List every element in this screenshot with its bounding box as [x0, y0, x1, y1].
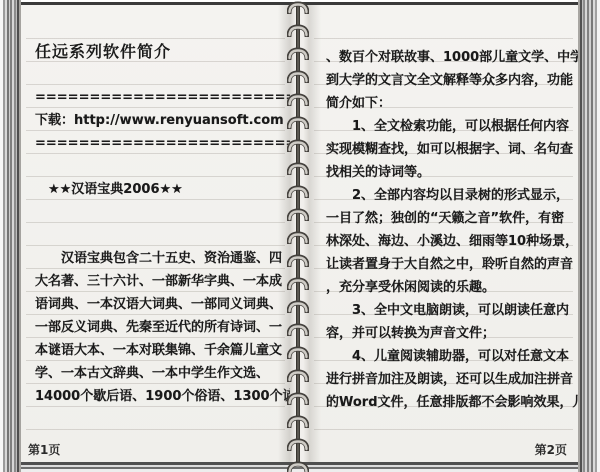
binding-ring-icon — [287, 47, 309, 60]
text-line: ============================== — [35, 86, 284, 109]
binding-ring-icon — [287, 369, 309, 382]
text-line: ============================== — [35, 132, 284, 155]
text-line: 语词典、一本汉语大词典、一部同义词典、 — [35, 293, 284, 316]
binding-ring-icon — [287, 24, 309, 37]
text-line: 实现模糊查找，如可以根据字、词、名句查 — [326, 138, 572, 161]
text-line — [35, 224, 284, 247]
page-number-right: 第2页 — [535, 441, 567, 458]
ebook-reader-window: 任远系列软件简介 ==============================下… — [0, 0, 600, 472]
text-line: 到大学的文言文全文解释等众多内容，功能 — [326, 69, 572, 92]
binding-ring-icon — [287, 70, 309, 83]
right-page-text: 、数百个对联故事、1000部儿童文学、中学到大学的文言文全文解释等众多内容，功能… — [326, 46, 572, 414]
binding-ring-icon — [287, 438, 309, 451]
text-line: 容，并可以转换为声音文件； — [326, 322, 572, 345]
text-line: 一部反义词典、先秦至近代的所有诗词、一 — [35, 316, 284, 339]
binding-ring-icon — [287, 139, 309, 152]
text-line: 一目了然；独创的“天籁之音”软件，有密 — [326, 207, 572, 230]
binding-ring-icon — [287, 231, 309, 244]
binding-ring-icon — [287, 392, 309, 405]
text-line: ，充分享受休闲阅读的乐趣。 — [326, 276, 572, 299]
page-title: 任远系列软件简介 — [35, 40, 284, 86]
text-line: 找相关的诗词等。 — [326, 161, 572, 184]
binding-ring-icon — [287, 116, 309, 129]
page-stack-left-edge — [0, 0, 21, 472]
text-line: 1、全文检索功能，可以根据任何内容 — [326, 115, 572, 138]
text-line: 4、儿童阅读辅助器，可以对任意文本 — [326, 345, 572, 368]
binding-ring-icon — [287, 415, 309, 428]
spiral-binding — [287, 0, 309, 472]
binding-ring-icon — [287, 323, 309, 336]
text-line: 简介如下： — [326, 92, 572, 115]
text-line: 大名著、三十六计、一部新华字典、一本成 — [35, 270, 284, 293]
text-line: 的Word文件，任意排版都不会影响效果，儿 — [326, 391, 572, 414]
text-line: 学、一本古文辞典、一本中学生作文选、 — [35, 362, 284, 385]
text-line: 汉语宝典包含二十五史、资治通鉴、四 — [35, 247, 284, 270]
binding-ring-icon — [287, 1, 309, 14]
binding-ring-icon — [287, 162, 309, 175]
left-page-text: ==============================下载：http://… — [35, 86, 284, 408]
binding-ring-icon — [287, 300, 309, 313]
binding-ring-icon — [287, 93, 309, 106]
right-page[interactable]: 、数百个对联故事、1000部儿童文学、中学到大学的文言文全文解释等众多内容，功能… — [309, 5, 578, 462]
left-page[interactable]: 任远系列软件简介 ==============================下… — [21, 5, 290, 462]
text-line: 、数百个对联故事、1000部儿童文学、中学 — [326, 46, 572, 69]
text-line: 进行拼音加注及朗读，还可以生成加注拼音 — [326, 368, 572, 391]
text-line: 2、全部内容均以目录树的形式显示， — [326, 184, 572, 207]
right-page-content: 、数百个对联故事、1000部儿童文学、中学到大学的文言文全文解释等众多内容，功能… — [309, 5, 578, 414]
text-line: 下载：http://www.renyuansoft.com — [35, 109, 284, 132]
text-line: 本谜语大本、一本对联集锦、千余篇儿童文 — [35, 339, 284, 362]
binding-ring-icon — [287, 346, 309, 359]
text-line: ★★汉语宝典2006★★ — [35, 178, 284, 201]
binding-ring-icon — [287, 277, 309, 290]
text-line — [35, 155, 284, 178]
binding-ring-icon — [287, 208, 309, 221]
text-line: 3、全中文电脑朗读，可以朗读任意内 — [326, 299, 572, 322]
text-line: 14000个歇后语、1900个俗语、1300个谚语 — [35, 385, 284, 408]
left-page-content: 任远系列软件简介 ==============================下… — [21, 5, 290, 408]
binding-ring-icon — [287, 185, 309, 198]
page-stack-right-edge — [578, 0, 600, 472]
text-line — [35, 201, 284, 224]
binding-ring-icon — [287, 254, 309, 267]
page-number-left: 第1页 — [28, 441, 60, 458]
binding-ring-icon — [287, 461, 309, 472]
text-line: 林深处、海边、小溪边、细雨等10种场景， — [326, 230, 572, 253]
text-line: 让读者置身于大自然之中，聆听自然的声音 — [326, 253, 572, 276]
